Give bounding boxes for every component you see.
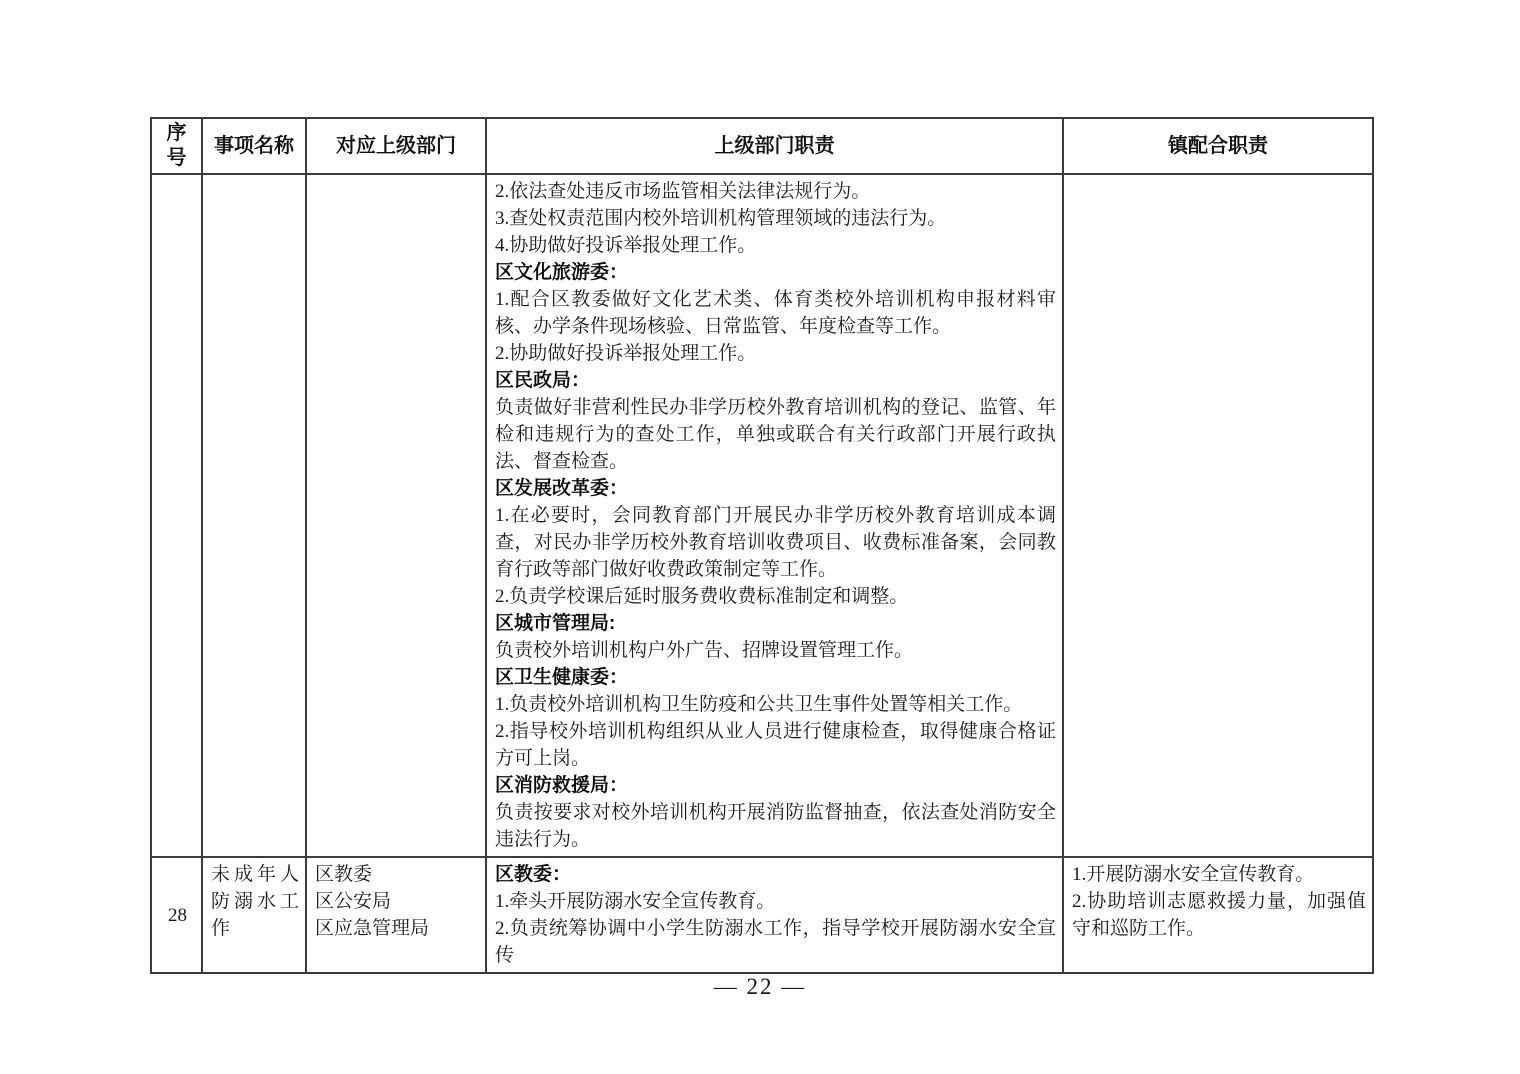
department-heading: 区城市管理局: (495, 610, 1056, 637)
department-heading: 区民政局： (495, 367, 1056, 394)
duty-paragraph: 3.查处权责范围内校外培训机构管理领域的违法行为。 (495, 205, 1056, 232)
header-cell-town-duties: 镇配合职责 (1063, 118, 1373, 174)
table-header-row: 序号 事项名称 对应上级部门 上级部门职责 镇配合职责 (151, 118, 1373, 174)
row-town-duties (1063, 174, 1373, 857)
row-departments (306, 174, 486, 857)
header-cell-seq: 序号 (151, 118, 202, 174)
table-row: 2.依法查处违反市场监管相关法律法规行为。3.查处权责范围内校外培训机构管理领域… (151, 174, 1373, 857)
header-cell-item-name: 事项名称 (202, 118, 306, 174)
duty-paragraph: 2.依法查处违反市场监管相关法律法规行为。 (495, 178, 1056, 205)
header-label-seq: 序号 (165, 121, 189, 171)
row-town-duties: 1.开展防溺水安全宣传教育。2.协助培训志愿救援力量，加强值守和巡防工作。 (1063, 857, 1373, 973)
department-heading: 区卫生健康委： (495, 664, 1056, 691)
duty-paragraph: 负责做好非营利性民办非学历校外教育培训机构的登记、监管、年检和违规行为的查处工作… (495, 394, 1056, 475)
department-heading: 区消防救援局： (495, 772, 1056, 799)
duty-paragraph: 1.配合区教委做好文化艺术类、体育类校外培训机构申报材料审核、办学条件现场核验、… (495, 286, 1056, 340)
row-seq: 28 (151, 857, 202, 973)
department-line: 区应急管理局 (315, 915, 479, 942)
document-page: 序号 事项名称 对应上级部门 上级部门职责 镇配合职责 2.依法查处违反市场监管… (0, 0, 1520, 1074)
department-line: 区公安局 (315, 888, 479, 915)
duty-paragraph: 1.开展防溺水安全宣传教育。 (1072, 861, 1366, 888)
header-cell-superior-duties: 上级部门职责 (486, 118, 1063, 174)
duty-paragraph: 2.负责统筹协调中小学生防溺水工作，指导学校开展防溺水安全宣传 (495, 915, 1056, 969)
department-heading: 区发展改革委： (495, 475, 1056, 502)
responsibilities-table: 序号 事项名称 对应上级部门 上级部门职责 镇配合职责 2.依法查处违反市场监管… (150, 117, 1374, 974)
row-departments: 区教委区公安局区应急管理局 (306, 857, 486, 973)
department-heading: 区教委： (495, 861, 1056, 888)
duty-paragraph: 1.在必要时，会同教育部门开展民办非学历校外教育培训成本调查，对民办非学历校外教… (495, 502, 1056, 583)
table-row: 28未成年人防溺水工作区教委区公安局区应急管理局区教委：1.牵头开展防溺水安全宣… (151, 857, 1373, 973)
duty-paragraph: 负责按要求对校外培训机构开展消防监督抽查，依法查处消防安全违法行为。 (495, 799, 1056, 853)
duty-paragraph: 1.负责校外培训机构卫生防疫和公共卫生事件处置等相关工作。 (495, 691, 1056, 718)
duty-paragraph: 负责校外培训机构户外广告、招牌设置管理工作。 (495, 637, 1056, 664)
duty-paragraph: 2.协助培训志愿救援力量，加强值守和巡防工作。 (1072, 888, 1366, 942)
row-seq (151, 174, 202, 857)
duty-paragraph: 2.负责学校课后延时服务费收费标准制定和调整。 (495, 583, 1056, 610)
header-cell-superior-department: 对应上级部门 (306, 118, 486, 174)
row-item-name (202, 174, 306, 857)
row-superior-duties: 区教委：1.牵头开展防溺水安全宣传教育。2.负责统筹协调中小学生防溺水工作，指导… (486, 857, 1063, 973)
duty-paragraph: 2.指导校外培训机构组织从业人员进行健康检查，取得健康合格证方可上岗。 (495, 718, 1056, 772)
table-body: 2.依法查处违反市场监管相关法律法规行为。3.查处权责范围内校外培训机构管理领域… (151, 174, 1373, 973)
page-number: — 22 — (714, 974, 807, 999)
page-footer: — 22 — (0, 974, 1520, 1000)
row-superior-duties: 2.依法查处违反市场监管相关法律法规行为。3.查处权责范围内校外培训机构管理领域… (486, 174, 1063, 857)
duty-paragraph: 2.协助做好投诉举报处理工作。 (495, 340, 1056, 367)
department-heading: 区文化旅游委： (495, 259, 1056, 286)
duty-paragraph: 1.牵头开展防溺水安全宣传教育。 (495, 888, 1056, 915)
row-item-name: 未成年人防溺水工作 (202, 857, 306, 973)
department-line: 区教委 (315, 861, 479, 888)
duty-paragraph: 4.协助做好投诉举报处理工作。 (495, 232, 1056, 259)
